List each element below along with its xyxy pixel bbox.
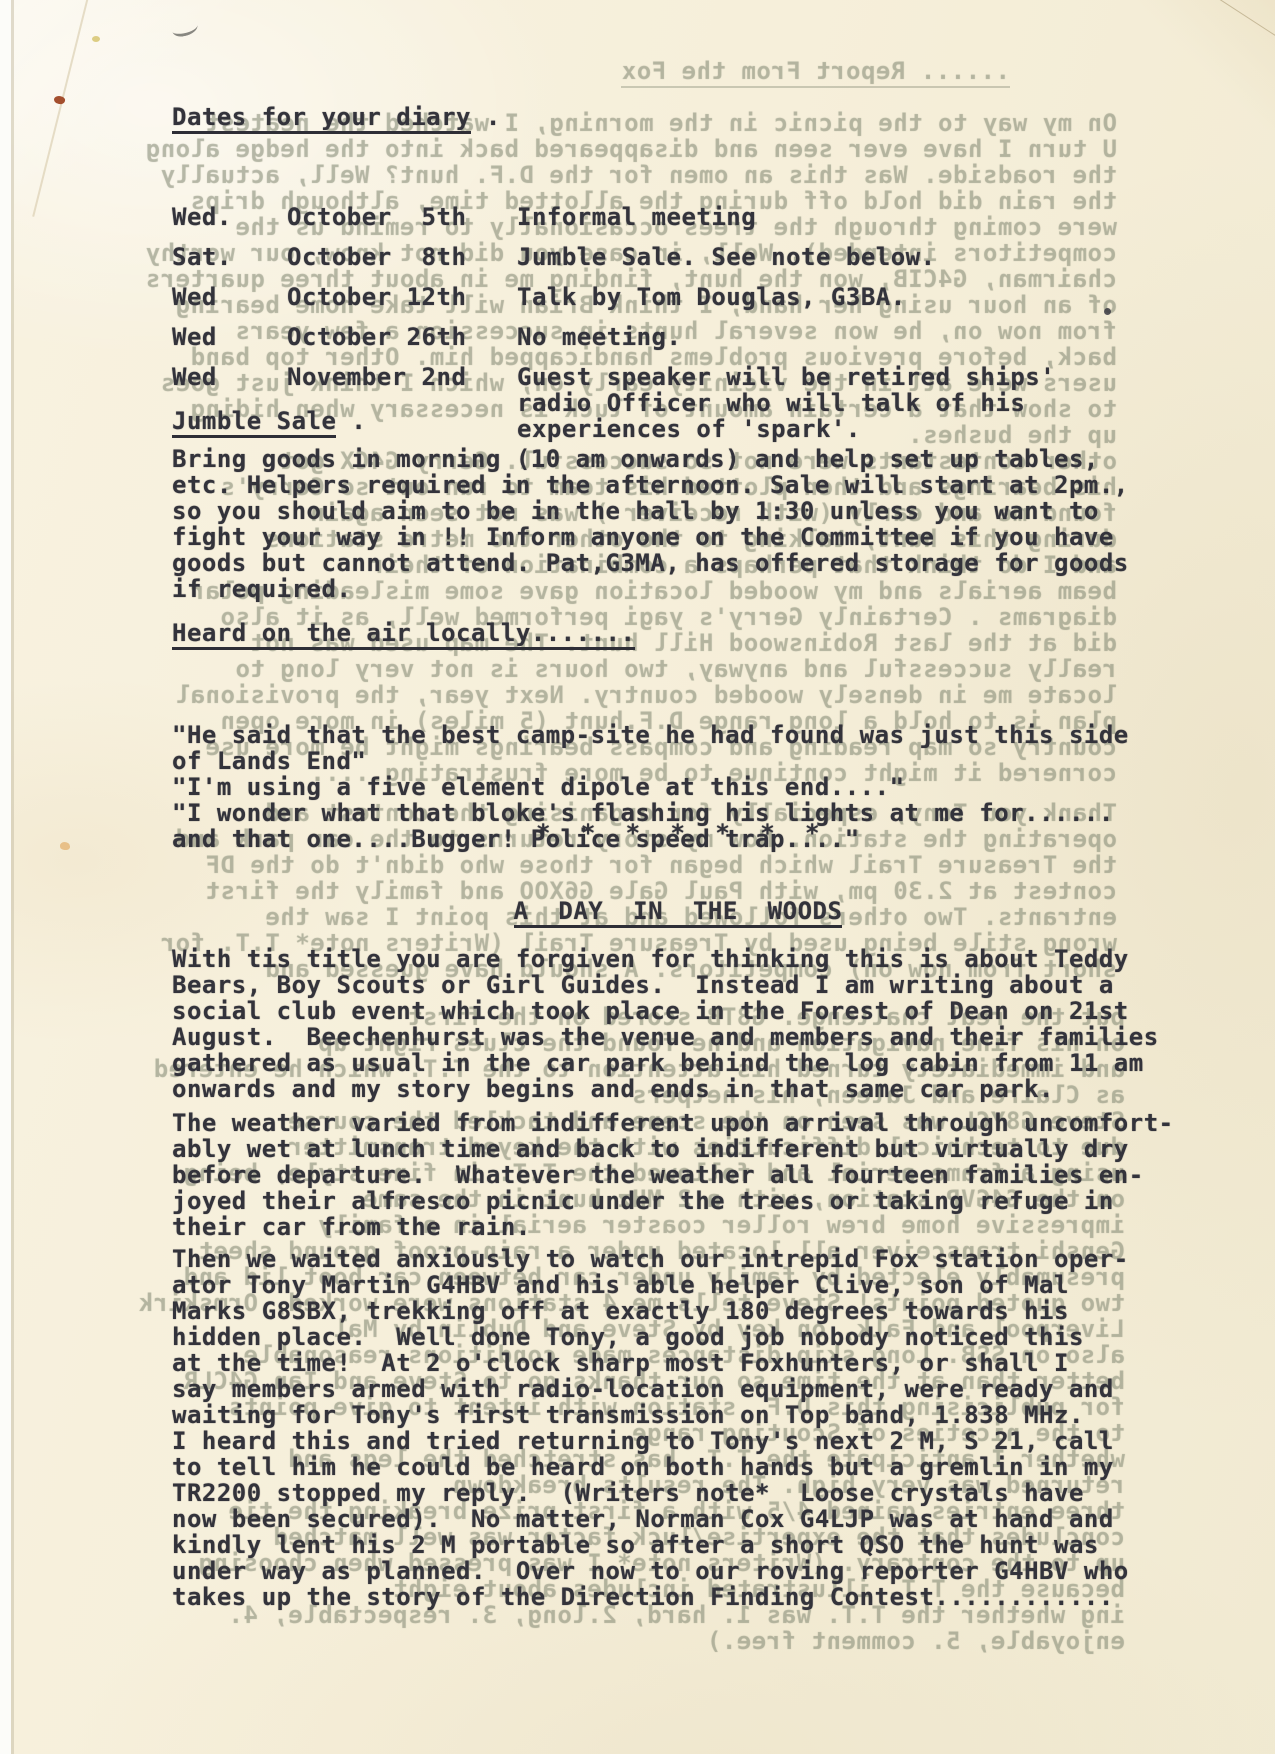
article-heading-text: A DAY IN THE WOODS [514,898,843,928]
diary-row: Wed October 26th No meeting. [172,324,1184,350]
diary-date: October 8th [287,244,517,270]
diary-date: October 5th [287,204,517,230]
diary-day: Sat. [172,244,287,270]
diary-row: Wed. October 5th Informal meeting [172,204,1184,230]
bleedthrough-line: ...... Report From the Fox [621,58,1010,88]
diary-day: Wed. [172,204,287,230]
yellow-speck [92,36,100,42]
asterisk-separator: * * * * * * * [172,820,1184,846]
orange-stain-speck [60,842,70,850]
diary-section-heading: Dates for your diary . [172,104,1184,134]
heard-heading-text: Heard on the air locally....... [172,620,635,650]
diary-row: Sat. October 8th Jumble Sale. See note b… [172,244,1184,270]
diary-description: No meeting. [517,324,681,350]
bleedthrough-line: enjoyable, 5. comment free.) [706,1628,1125,1654]
jumble-sale-paragraph: Bring goods in morning (10 am onwards) a… [172,446,1184,602]
jumble-heading-period: . [336,407,366,435]
diary-row: Wed October 12th Talk by Tom Douglas, G3… [172,284,1184,310]
diary-date: October 12th [287,284,517,310]
jumble-sale-heading: Jumble Sale . [172,408,1184,438]
article-paragraph-2: The weather varied from indifferent upon… [172,1110,1184,1240]
jumble-heading-text: Jumble Sale [172,408,336,438]
diary-description: Talk by Tom Douglas, G3BA. [517,284,906,310]
overheard-quote: "I'm using a five element dipole at this… [172,774,1184,800]
heard-on-air-heading: Heard on the air locally....... [172,620,1184,650]
article-paragraph-3: Then we waited anxiously to watch our in… [172,1246,1184,1610]
scanner-edge-strip [0,0,11,1754]
article-heading: A DAY IN THE WOODS [172,898,1184,928]
diary-description: Jumble Sale. See note below. [517,244,936,270]
diary-date: October 26th [287,324,517,350]
diary-day: Wed [172,324,287,350]
paper-left-edge [11,0,14,1754]
diary-description: Informal meeting [517,204,756,230]
diary-heading-text: Dates for your diary [172,104,471,134]
diary-day: Wed [172,284,287,310]
heard-on-air-quotes: "He said that the best camp-site he had … [172,670,1184,904]
article-paragraph-1: With tis title you are forgiven for thin… [172,946,1184,1102]
diary-heading-period: . [471,103,501,131]
overheard-quote: "He said that the best camp-site he had … [172,722,1184,774]
scanned-newsletter-page: ...... Report From the FoxOn my way to t… [0,0,1275,1754]
